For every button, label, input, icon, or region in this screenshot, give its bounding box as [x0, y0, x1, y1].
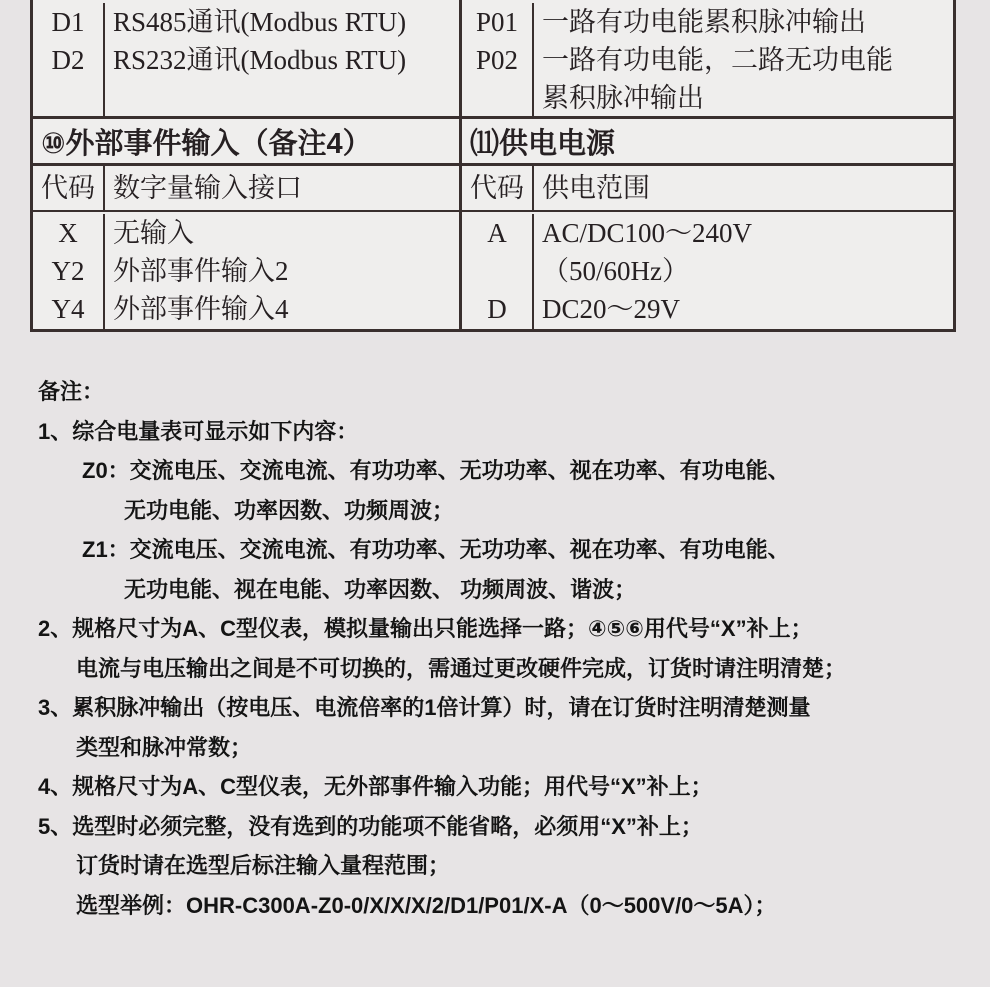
- note-line-z1-cont: 无功电能、视在电能、功率因数、 功频周波、谐波；: [38, 570, 978, 610]
- code-cell: D1: [33, 3, 103, 41]
- code-cell: D: [462, 290, 532, 328]
- desc-cell: 无输入: [113, 214, 459, 252]
- note-line-z0-cont: 无功电能、功率因数、功频周波；: [38, 491, 978, 531]
- left-column-header-row: 代码 数字量输入接口: [33, 166, 459, 212]
- table-right-half: P01 P02 一路有功电能累积脉冲输出 一路有功电能，二路无功电能 累积脉冲输…: [462, 0, 953, 329]
- desc-column: RS485通讯(Modbus RTU) RS232通讯(Modbus RTU): [105, 3, 459, 116]
- code-column: D1 D2: [33, 3, 105, 116]
- remarks-block: 备注： 1、综合电量表可显示如下内容： Z0：交流电压、交流电流、有功功率、无功…: [38, 372, 978, 925]
- desc-cell: DC20～29V: [542, 290, 953, 328]
- right-body-rows: A D AC/DC100～240V （50/60Hz） DC20～29V: [462, 212, 953, 329]
- desc-column: 无输入 外部事件输入2 外部事件输入4: [105, 214, 459, 329]
- model-selection-table: D1 D2 RS485通讯(Modbus RTU) RS232通讯(Modbus…: [30, 0, 956, 332]
- code-column: X Y2 Y4: [33, 214, 105, 329]
- code-cell: D2: [33, 41, 103, 79]
- note-line-5: 5、选型时必须完整，没有选到的功能项不能省略，必须用“X”补上；: [38, 807, 978, 847]
- note-line-1: 1、综合电量表可显示如下内容：: [38, 412, 978, 452]
- left-body-rows: X Y2 Y4 无输入 外部事件输入2 外部事件输入4: [33, 212, 459, 329]
- note-line-2: 2、规格尺寸为A、C型仪表，模拟量输出只能选择一路；④⑤⑥用代号“X”补上；: [38, 609, 978, 649]
- table-left-half: D1 D2 RS485通讯(Modbus RTU) RS232通讯(Modbus…: [33, 0, 462, 329]
- desc-cell: 外部事件输入4: [113, 290, 459, 328]
- note-line-2-cont: 电流与电压输出之间是不可切换的，需通过更改硬件完成，订货时请注明清楚；: [38, 649, 978, 689]
- code-cell: X: [33, 214, 103, 252]
- desc-column: 一路有功电能累积脉冲输出 一路有功电能，二路无功电能 累积脉冲输出: [534, 3, 953, 116]
- code-cell: Y4: [33, 290, 103, 328]
- desc-cell: 一路有功电能累积脉冲输出: [542, 3, 953, 41]
- section-title-power-supply: ⑾供电电源: [462, 119, 953, 166]
- code-cell-spacer: [462, 79, 532, 117]
- note-line-z0: Z0：交流电压、交流电流、有功功率、无功功率、视在功率、有功电能、: [38, 451, 978, 491]
- catalog-page: D1 D2 RS485通讯(Modbus RTU) RS232通讯(Modbus…: [0, 0, 990, 998]
- code-cell: P02: [462, 41, 532, 79]
- note-line-5-cont: 订货时请在选型后标注输入量程范围；: [38, 846, 978, 886]
- desc-cell: RS232通讯(Modbus RTU): [113, 41, 459, 79]
- note-line-3: 3、累积脉冲输出（按电压、电流倍率的1倍计算）时，请在订货时注明清楚测量: [38, 688, 978, 728]
- desc-cell: AC/DC100～240V: [542, 214, 953, 252]
- notes-heading: 备注：: [38, 372, 978, 412]
- desc-cell: RS485通讯(Modbus RTU): [113, 3, 459, 41]
- code-cell-spacer: [462, 252, 532, 290]
- right-column-header-row: 代码 供电范围: [462, 166, 953, 212]
- note-line-3-cont: 类型和脉冲常数；: [38, 728, 978, 768]
- code-cell: P01: [462, 3, 532, 41]
- column-header-desc: 供电范围: [534, 166, 953, 210]
- code-column: A D: [462, 214, 534, 329]
- code-column: P01 P02: [462, 3, 534, 116]
- pulse-output-rows: P01 P02 一路有功电能累积脉冲输出 一路有功电能，二路无功电能 累积脉冲输…: [462, 0, 953, 119]
- code-cell: A: [462, 214, 532, 252]
- column-header-code: 代码: [462, 166, 534, 210]
- comm-output-rows: D1 D2 RS485通讯(Modbus RTU) RS232通讯(Modbus…: [33, 0, 459, 119]
- column-header-code: 代码: [33, 166, 105, 210]
- code-cell: Y2: [33, 252, 103, 290]
- desc-column: AC/DC100～240V （50/60Hz） DC20～29V: [534, 214, 953, 329]
- desc-cell: 一路有功电能，二路无功电能: [542, 41, 953, 79]
- note-line-5-example: 选型举例：OHR-C300A-Z0-0/X/X/X/2/D1/P01/X-A（0…: [38, 886, 978, 926]
- note-line-z1: Z1：交流电压、交流电流、有功功率、无功功率、视在功率、有功电能、: [38, 530, 978, 570]
- desc-cell: 累积脉冲输出: [542, 79, 953, 116]
- code-cell-spacer: [33, 79, 103, 117]
- page-bottom-edge: [0, 987, 990, 998]
- desc-cell: （50/60Hz）: [542, 252, 953, 290]
- desc-cell-spacer: [113, 79, 459, 116]
- desc-cell: 外部事件输入2: [113, 252, 459, 290]
- section-title-external-event-input: ⑩外部事件输入（备注4）: [33, 119, 459, 166]
- column-header-desc: 数字量输入接口: [105, 166, 459, 210]
- note-line-4: 4、规格尺寸为A、C型仪表，无外部事件输入功能；用代号“X”补上；: [38, 767, 978, 807]
